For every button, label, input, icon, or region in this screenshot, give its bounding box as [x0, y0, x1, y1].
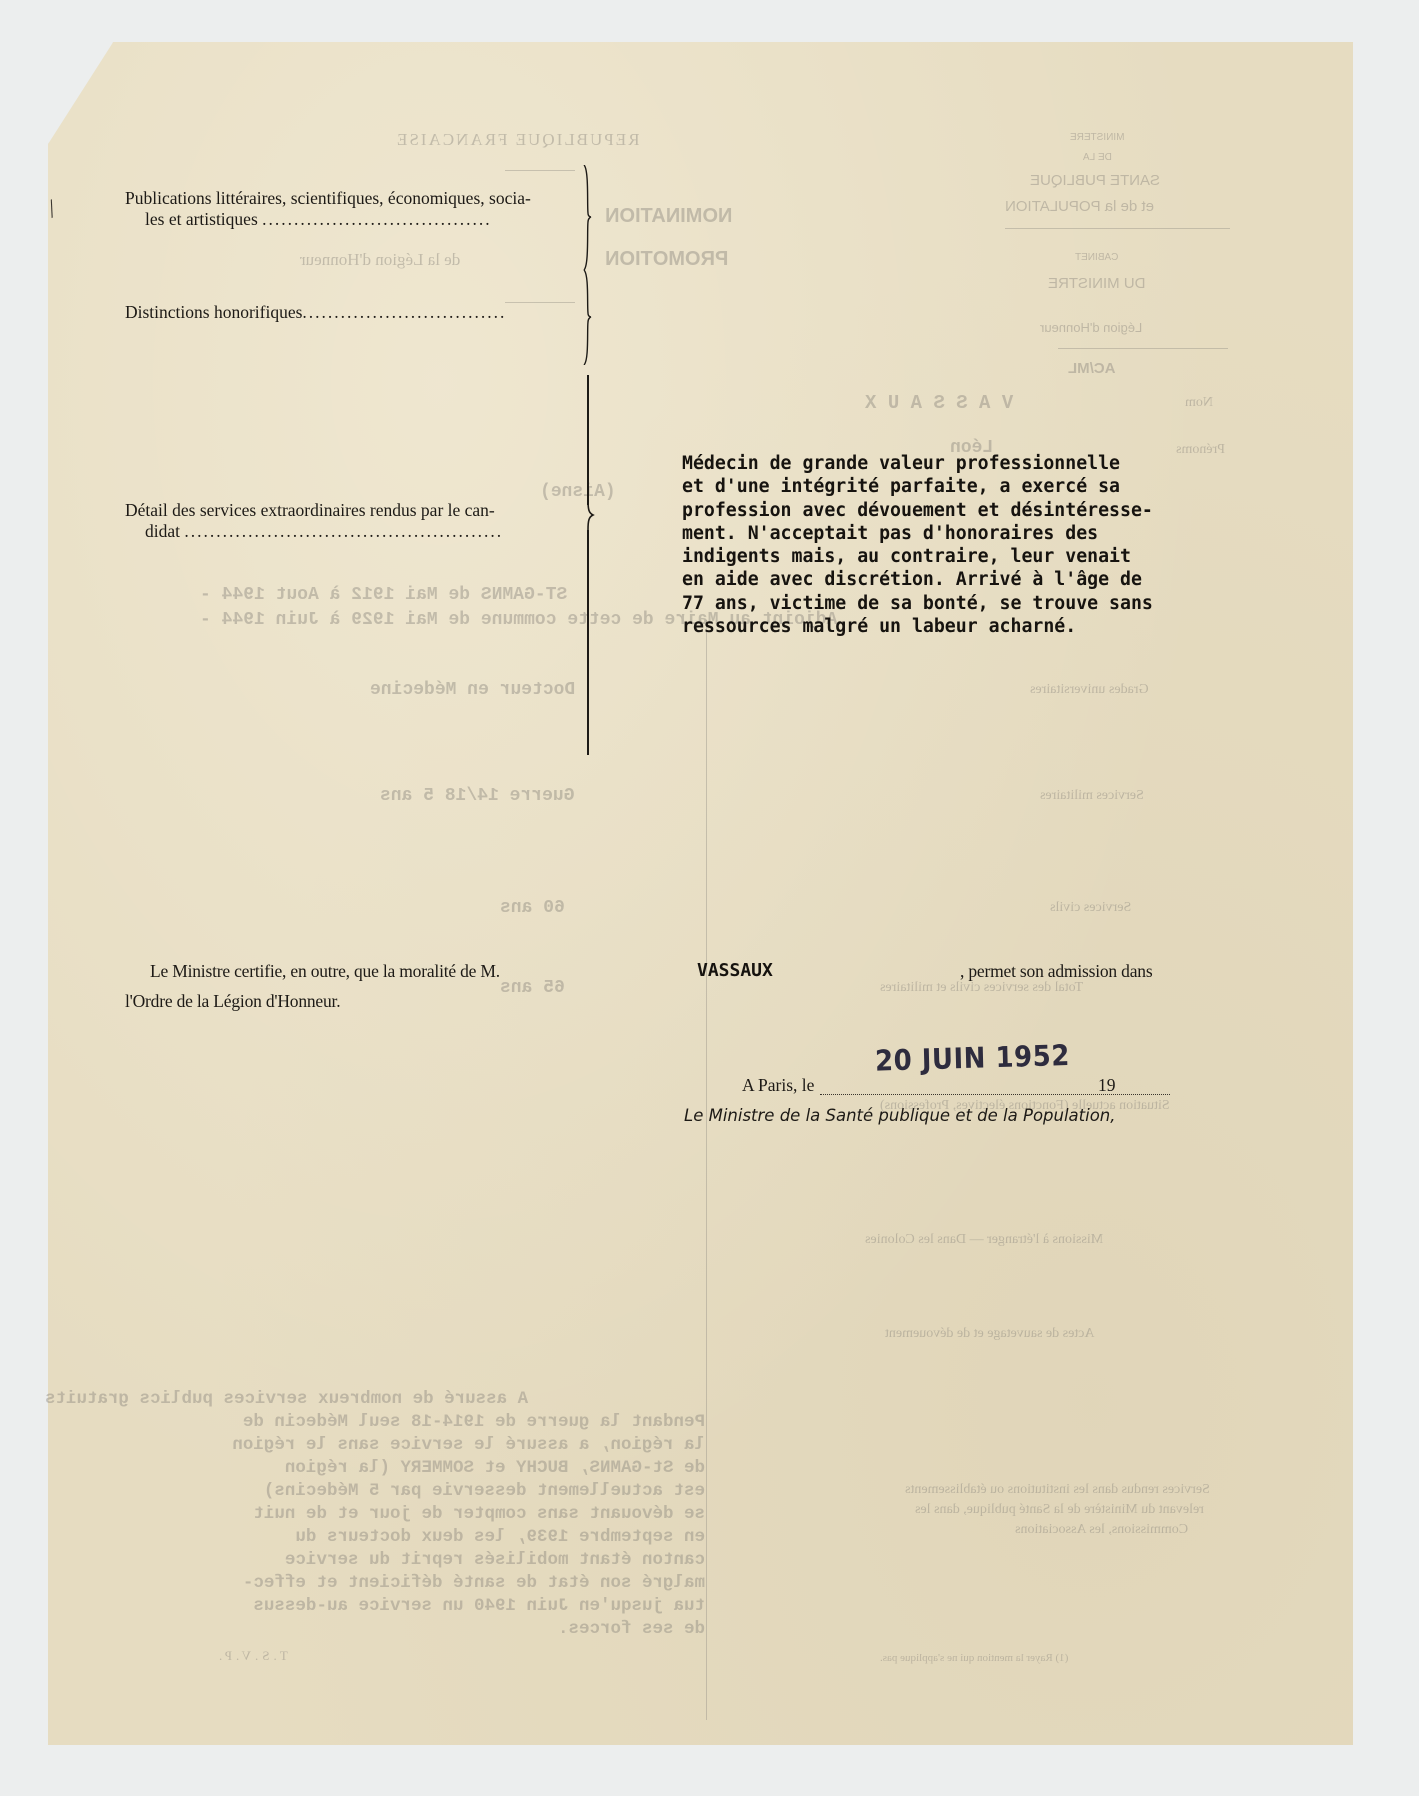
field-label-cont: didat ..................................… [145, 519, 503, 544]
ghost-militaires-label: Services militaires [1040, 788, 1144, 804]
ghost-place-value: (Aisne) [540, 482, 616, 502]
ghost-career-0: ST-GAMNS de Mai 1912 à Aout 1944 - [200, 585, 567, 605]
field-dots: ........................................… [184, 521, 503, 541]
field-dots: ................................ [302, 302, 506, 322]
field-label-cont: les et artistiques .....................… [145, 207, 492, 232]
ghost-militaires-value: Guerre 14/18 5 ans [380, 786, 574, 806]
ghost-header: REPUBLIQUE FRANCAISE [395, 130, 640, 150]
ghost-verso-line: de ses forces. [45, 1618, 705, 1641]
ghost-column-rule [706, 620, 707, 1720]
ghost-verso-line: de St-GAMNS, BUCHY et SOMMERY (la région [45, 1457, 705, 1480]
ghost-nom-value: V A S S A U X [865, 392, 1013, 414]
place-label: A Paris, le [742, 1075, 814, 1096]
ghost-ministry-1: DE LA [1083, 152, 1112, 163]
ghost-title-sub: de la Légion d'Honneur [300, 250, 460, 270]
ghost-rule [505, 170, 575, 171]
ghost-office: Légion d'Honneur [1040, 320, 1142, 335]
brace-icon [582, 165, 592, 270]
ghost-total-value: 65 ans [500, 978, 565, 998]
ghost-diplome: Docteur en Médecine [370, 680, 575, 700]
typed-line: ment. N'acceptait pas d'honoraires des [682, 522, 1302, 545]
brace-icon [582, 270, 592, 365]
ghost-services-rendus-2: Commissions, les Associations [1015, 1522, 1188, 1538]
ghost-total-label: Total des services civils et militaires [880, 980, 1083, 996]
ghost-verso-line: A assuré de nombreux services publics gr… [45, 1388, 705, 1411]
ghost-cabinet-0: CABINET [1075, 252, 1118, 263]
ghost-actes-label: Actes de sauvetage et de dévouement [885, 1326, 1095, 1342]
ghost-verso-line: la région, a assuré le service sans le r… [45, 1434, 705, 1457]
certification-prefix: Le Ministre certifie, en outre, que la m… [150, 961, 500, 982]
typed-line: indigents mais, au contraire, leur venai… [682, 545, 1302, 568]
ghost-nom-label: Nom [1185, 395, 1213, 411]
typed-line: et d'une intégrité parfaite, a exercé sa [682, 475, 1302, 498]
ghost-ministry-3: et de la POPULATION [1005, 198, 1154, 215]
ghost-footnote: (1) Rayer la mention qui ne s'applique p… [880, 1652, 1068, 1664]
ghost-civils-value: 60 ans [500, 898, 565, 918]
ghost-reference: AC/ML [1068, 360, 1116, 377]
field-dots: .................................... [262, 209, 492, 229]
ghost-verso-line: tua jusqu'en Juin 1940 un service au-des… [45, 1595, 705, 1618]
field-label-text: les et artistiques [145, 209, 258, 229]
date-stamp: 20 JUIN 1952 [875, 1040, 1071, 1079]
ghost-title-promotion: PROMOTION [605, 248, 728, 271]
services-typed-text: Médecin de grande valeur professionnelle… [682, 452, 1302, 638]
year-prefix: 19 [1098, 1075, 1116, 1096]
ghost-verso-line: Pendant la guerre de 1914-18 seul Médeci… [45, 1411, 705, 1434]
bracket-line [587, 375, 589, 505]
ghost-services-rendus-0: Services rendus dans les institutions ou… [905, 1482, 1210, 1498]
brace-tip-icon [585, 500, 595, 530]
ghost-title-nomination: NOMINATION [605, 205, 732, 228]
typed-line: Médecin de grande valeur professionnelle [682, 452, 1302, 475]
field-label-row: Distinctions honorifiques...............… [125, 300, 506, 325]
candidate-name: VASSAUX [697, 960, 773, 981]
ghost-verso-line: se dévouant sans compter de jour et de n… [45, 1503, 705, 1526]
typed-line: profession avec dévouement et désintéres… [682, 499, 1302, 522]
signatory: Le Ministre de la Santé publique et de l… [684, 1106, 1116, 1125]
ghost-rule [1005, 228, 1230, 229]
field-label-text: didat [145, 521, 180, 541]
ghost-missions-label: Missions à l'étranger — Dans les Colonie… [865, 1232, 1103, 1248]
ghost-verso-line: est actuellement desservie par 5 Médecin… [45, 1480, 705, 1503]
ghost-tsvp: T.S.V.P. [215, 1648, 288, 1664]
ghost-ministry-0: MINISTERE [1070, 132, 1124, 143]
ghost-verso-line: canton étant mobilisés reprit du service [45, 1549, 705, 1572]
ghost-rule [505, 302, 575, 303]
ghost-civils-label: Services civils [1050, 900, 1131, 916]
typed-line: 77 ans, victime de sa bonté, se trouve s… [682, 592, 1302, 615]
typed-line: ressources malgré un labeur acharné. [682, 615, 1302, 638]
ghost-verso-typed: A assuré de nombreux services publics gr… [45, 1388, 705, 1641]
certification-suffix: , permet son admission dans [960, 961, 1152, 982]
ghost-grades-label: Grades universitaires [1030, 682, 1149, 698]
date-line [820, 1094, 1170, 1095]
ghost-verso-line: malgré son état de santé déficient et ef… [45, 1572, 705, 1595]
ghost-cabinet-1: DU MINISTRE [1048, 275, 1146, 292]
bracket-line [587, 530, 589, 755]
ghost-ministry-2: SANTE PUBLIQUE [1030, 172, 1160, 189]
ghost-services-rendus-1: relevant du Ministère de la Santé publiq… [915, 1502, 1204, 1518]
certification-line2: l'Ordre de la Légion d'Honneur. [125, 991, 340, 1012]
typed-line: en aide avec discrétion. Arrivé à l'âge … [682, 568, 1302, 591]
ghost-verso-line: en septembre 1939, les deux docteurs du [45, 1526, 705, 1549]
ghost-rule [1058, 348, 1228, 349]
field-label-text: Distinctions honorifiques [125, 302, 302, 322]
